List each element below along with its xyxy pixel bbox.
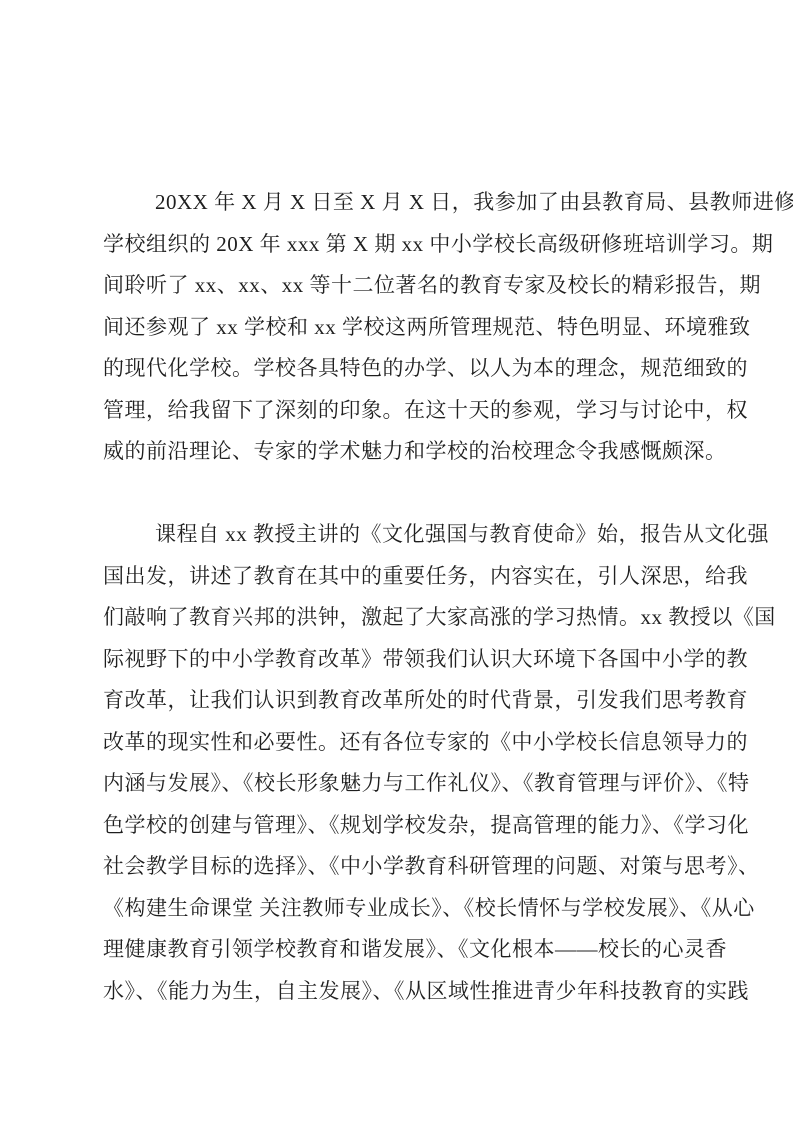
paragraph-1: 20XX 年 X 月 X 日至 X 月 X 日，我参加了由县教育局、县教师进修 … <box>103 182 691 473</box>
text-line: 理健康教育引领学校教育和谐发展》、《文化根本——校长的心灵香 <box>103 929 691 971</box>
text-line: 间聆听了 xx、xx、xx 等十二位著名的教育专家及校长的精彩报告，期 <box>103 265 691 307</box>
text-line: 间还参观了 xx 学校和 xx 学校这两所管理规范、特色明显、环境雅致 <box>103 307 691 349</box>
text-line: 改革的现实性和必要性。还有各位专家的《中小学校长信息领导力的 <box>103 722 691 764</box>
paragraph-2: 课程自 xx 教授主讲的《文化强国与教育使命》始，报告从文化强 国出发，讲述了教… <box>103 514 691 1012</box>
text-line: 水》、《能力为生，自主发展》、《从区域性推进青少年科技教育的实践 <box>103 971 691 1013</box>
text-line: 课程自 xx 教授主讲的《文化强国与教育使命》始，报告从文化强 <box>103 514 691 556</box>
text-line: 们敲响了教育兴邦的洪钟，激起了大家高涨的学习热情。xx 教授以《国 <box>103 597 691 639</box>
document-page: 20XX 年 X 月 X 日至 X 月 X 日，我参加了由县教育局、县教师进修 … <box>0 0 793 1122</box>
text-line: 管理，给我留下了深刻的印象。在这十天的参观，学习与讨论中，权 <box>103 390 691 432</box>
text-line: 际视野下的中小学教育改革》带领我们认识大环境下各国中小学的教 <box>103 639 691 681</box>
text-line: 学校组织的 20X 年 xxx 第 X 期 xx 中小学校长高级研修班培训学习。… <box>103 224 691 266</box>
text-line: 内涵与发展》、《校长形象魅力与工作礼仪》、《教育管理与评价》、《特 <box>103 763 691 805</box>
text-line: 社会教学目标的选择》、《中小学教育科研管理的问题、对策与思考》、 <box>103 846 691 888</box>
document-body: 20XX 年 X 月 X 日至 X 月 X 日，我参加了由县教育局、县教师进修 … <box>103 182 691 1012</box>
text-line: 《构建生命课堂 关注教师专业成长》、《校长情怀与学校发展》、《从心 <box>103 888 691 930</box>
text-line: 20XX 年 X 月 X 日至 X 月 X 日，我参加了由县教育局、县教师进修 <box>103 182 691 224</box>
text-line: 育改革，让我们认识到教育改革所处的时代背景，引发我们思考教育 <box>103 680 691 722</box>
text-line: 威的前沿理论、专家的学术魅力和学校的治校理念令我感慨颇深。 <box>103 431 691 473</box>
text-line: 国出发，讲述了教育在其中的重要任务，内容实在，引人深思，给我 <box>103 556 691 598</box>
text-line: 的现代化学校。学校各具特色的办学、以人为本的理念，规范细致的 <box>103 348 691 390</box>
text-line: 色学校的创建与管理》、《规划学校发杂，提高管理的能力》、《学习化 <box>103 805 691 847</box>
